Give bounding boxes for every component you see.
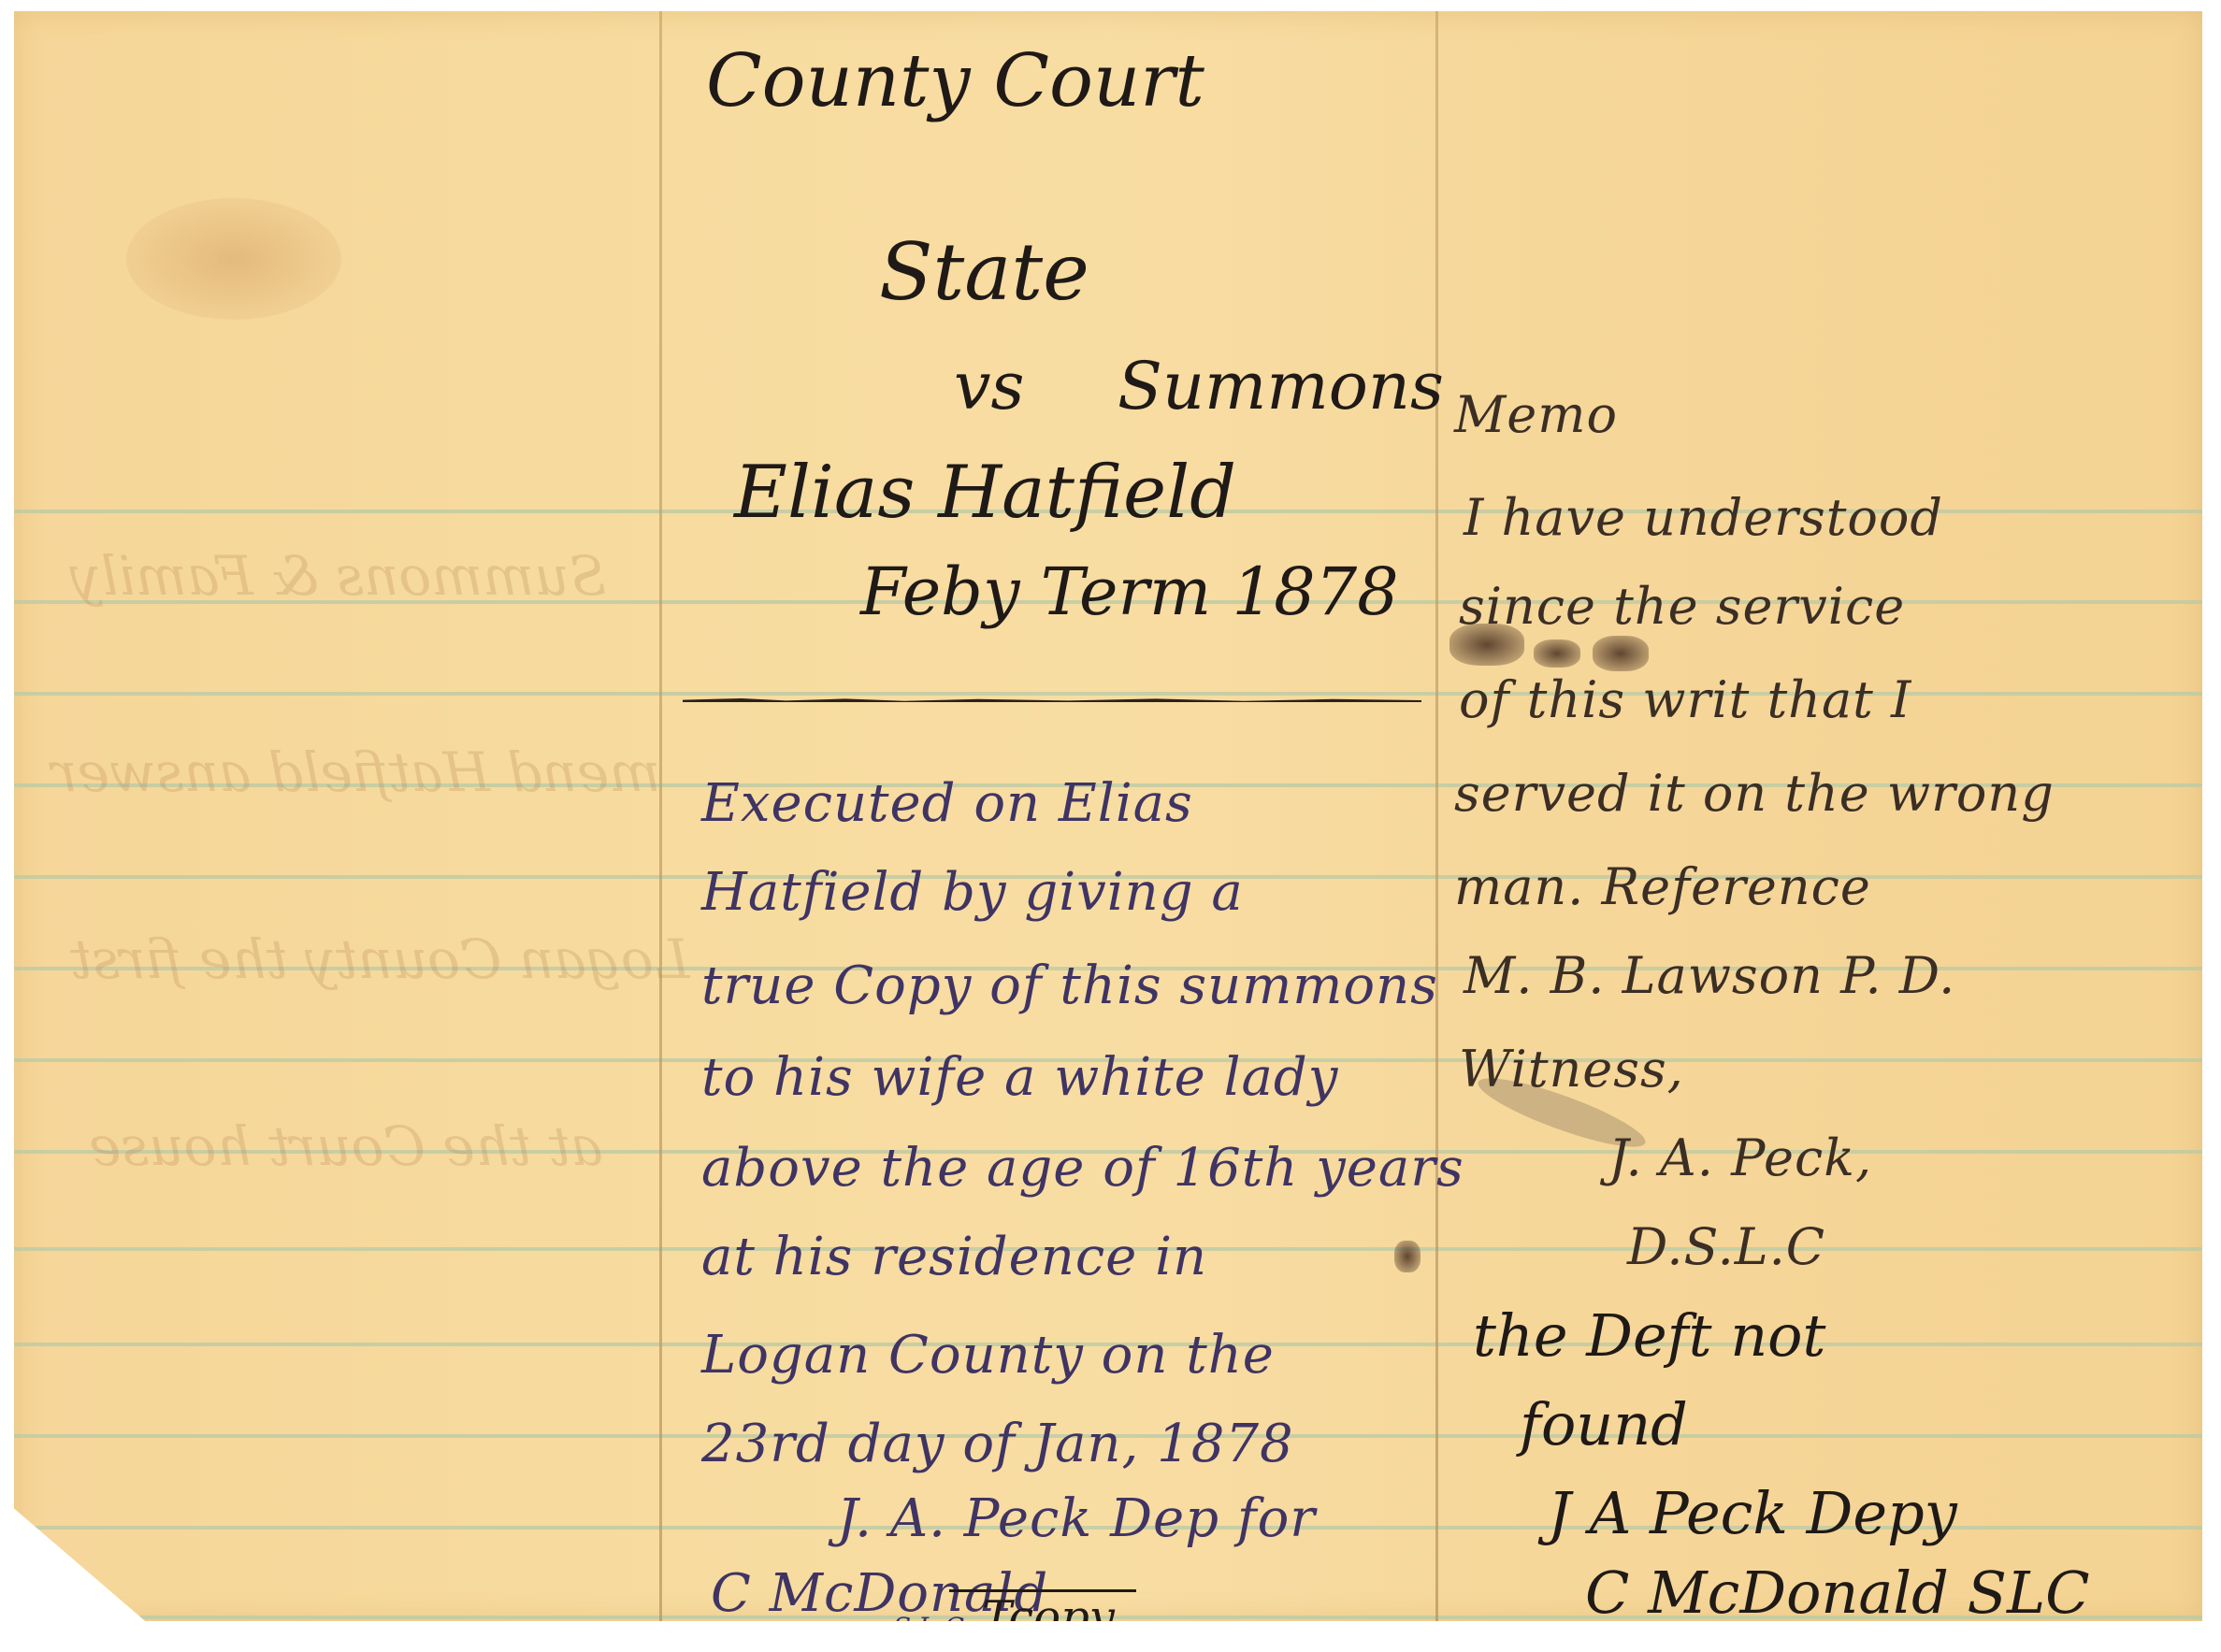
fee-note: Tcopy [982, 1591, 1115, 1644]
memo-line: man. Reference [1454, 857, 1871, 916]
ink-blot [1593, 636, 1649, 671]
sheriff-title: S.L.C [893, 1612, 964, 1643]
ink-blot [1534, 639, 1580, 668]
memo-line: M. B. Lawson P. D. [1464, 946, 1955, 1005]
return-line: 23rd day of Jan, 1878 [701, 1414, 1294, 1474]
court-name: County Court [706, 39, 1204, 123]
return-line: Hatfield by giving a [701, 862, 1244, 923]
defendant-name: Elias Hatfield [734, 451, 1236, 535]
bleed-through-text: Summons & Family [70, 544, 606, 608]
memo-line: I have understood [1464, 488, 1943, 547]
closing-signature: J A Peck Depy [1548, 1479, 1957, 1547]
return-line: Executed on Elias [701, 773, 1193, 834]
writ-type: Summons [1118, 348, 1444, 424]
bleed-through-text: Logan County the first [70, 927, 689, 991]
versus-label: vs [954, 348, 1024, 424]
memo-line: Witness, [1459, 1040, 1684, 1099]
heading-divider [683, 698, 1421, 702]
water-stain [126, 198, 341, 320]
return-line: to his wife a white lady [701, 1047, 1338, 1108]
closing-sheriff-signature: C McDonald SLC [1585, 1559, 2090, 1627]
bleed-through-text: at the Court house [89, 1114, 603, 1178]
note-line: the Deft not [1473, 1301, 1825, 1370]
return-line: Logan County on the [701, 1325, 1275, 1386]
ink-blot [1394, 1241, 1421, 1272]
fold-line-left [659, 11, 662, 1621]
memo-line: Memo [1454, 385, 1618, 444]
court-term: Feby Term 1878 [860, 553, 1399, 630]
memo-line: of this writ that I [1459, 670, 1911, 729]
witness-signature: J. A. Peck, [1608, 1128, 1872, 1187]
return-line: at his residence in [701, 1227, 1207, 1287]
return-line: above the age of 16th years [701, 1138, 1464, 1199]
fold-line-right [1435, 11, 1438, 1621]
document-paper: Summons & Family mend Hatfield answer Lo… [14, 11, 2202, 1621]
witness-title: D.S.L.C [1627, 1217, 1825, 1276]
deputy-signature: J. A. Peck Dep for [837, 1488, 1316, 1549]
note-line: found [1520, 1390, 1688, 1458]
plaintiff-name: State [879, 226, 1089, 318]
return-line: true Copy of this summons [701, 955, 1438, 1016]
bleed-through-text: mend Hatfield answer [51, 740, 660, 804]
memo-line: since the service [1459, 577, 1905, 636]
memo-line: served it on the wrong [1454, 764, 2055, 823]
